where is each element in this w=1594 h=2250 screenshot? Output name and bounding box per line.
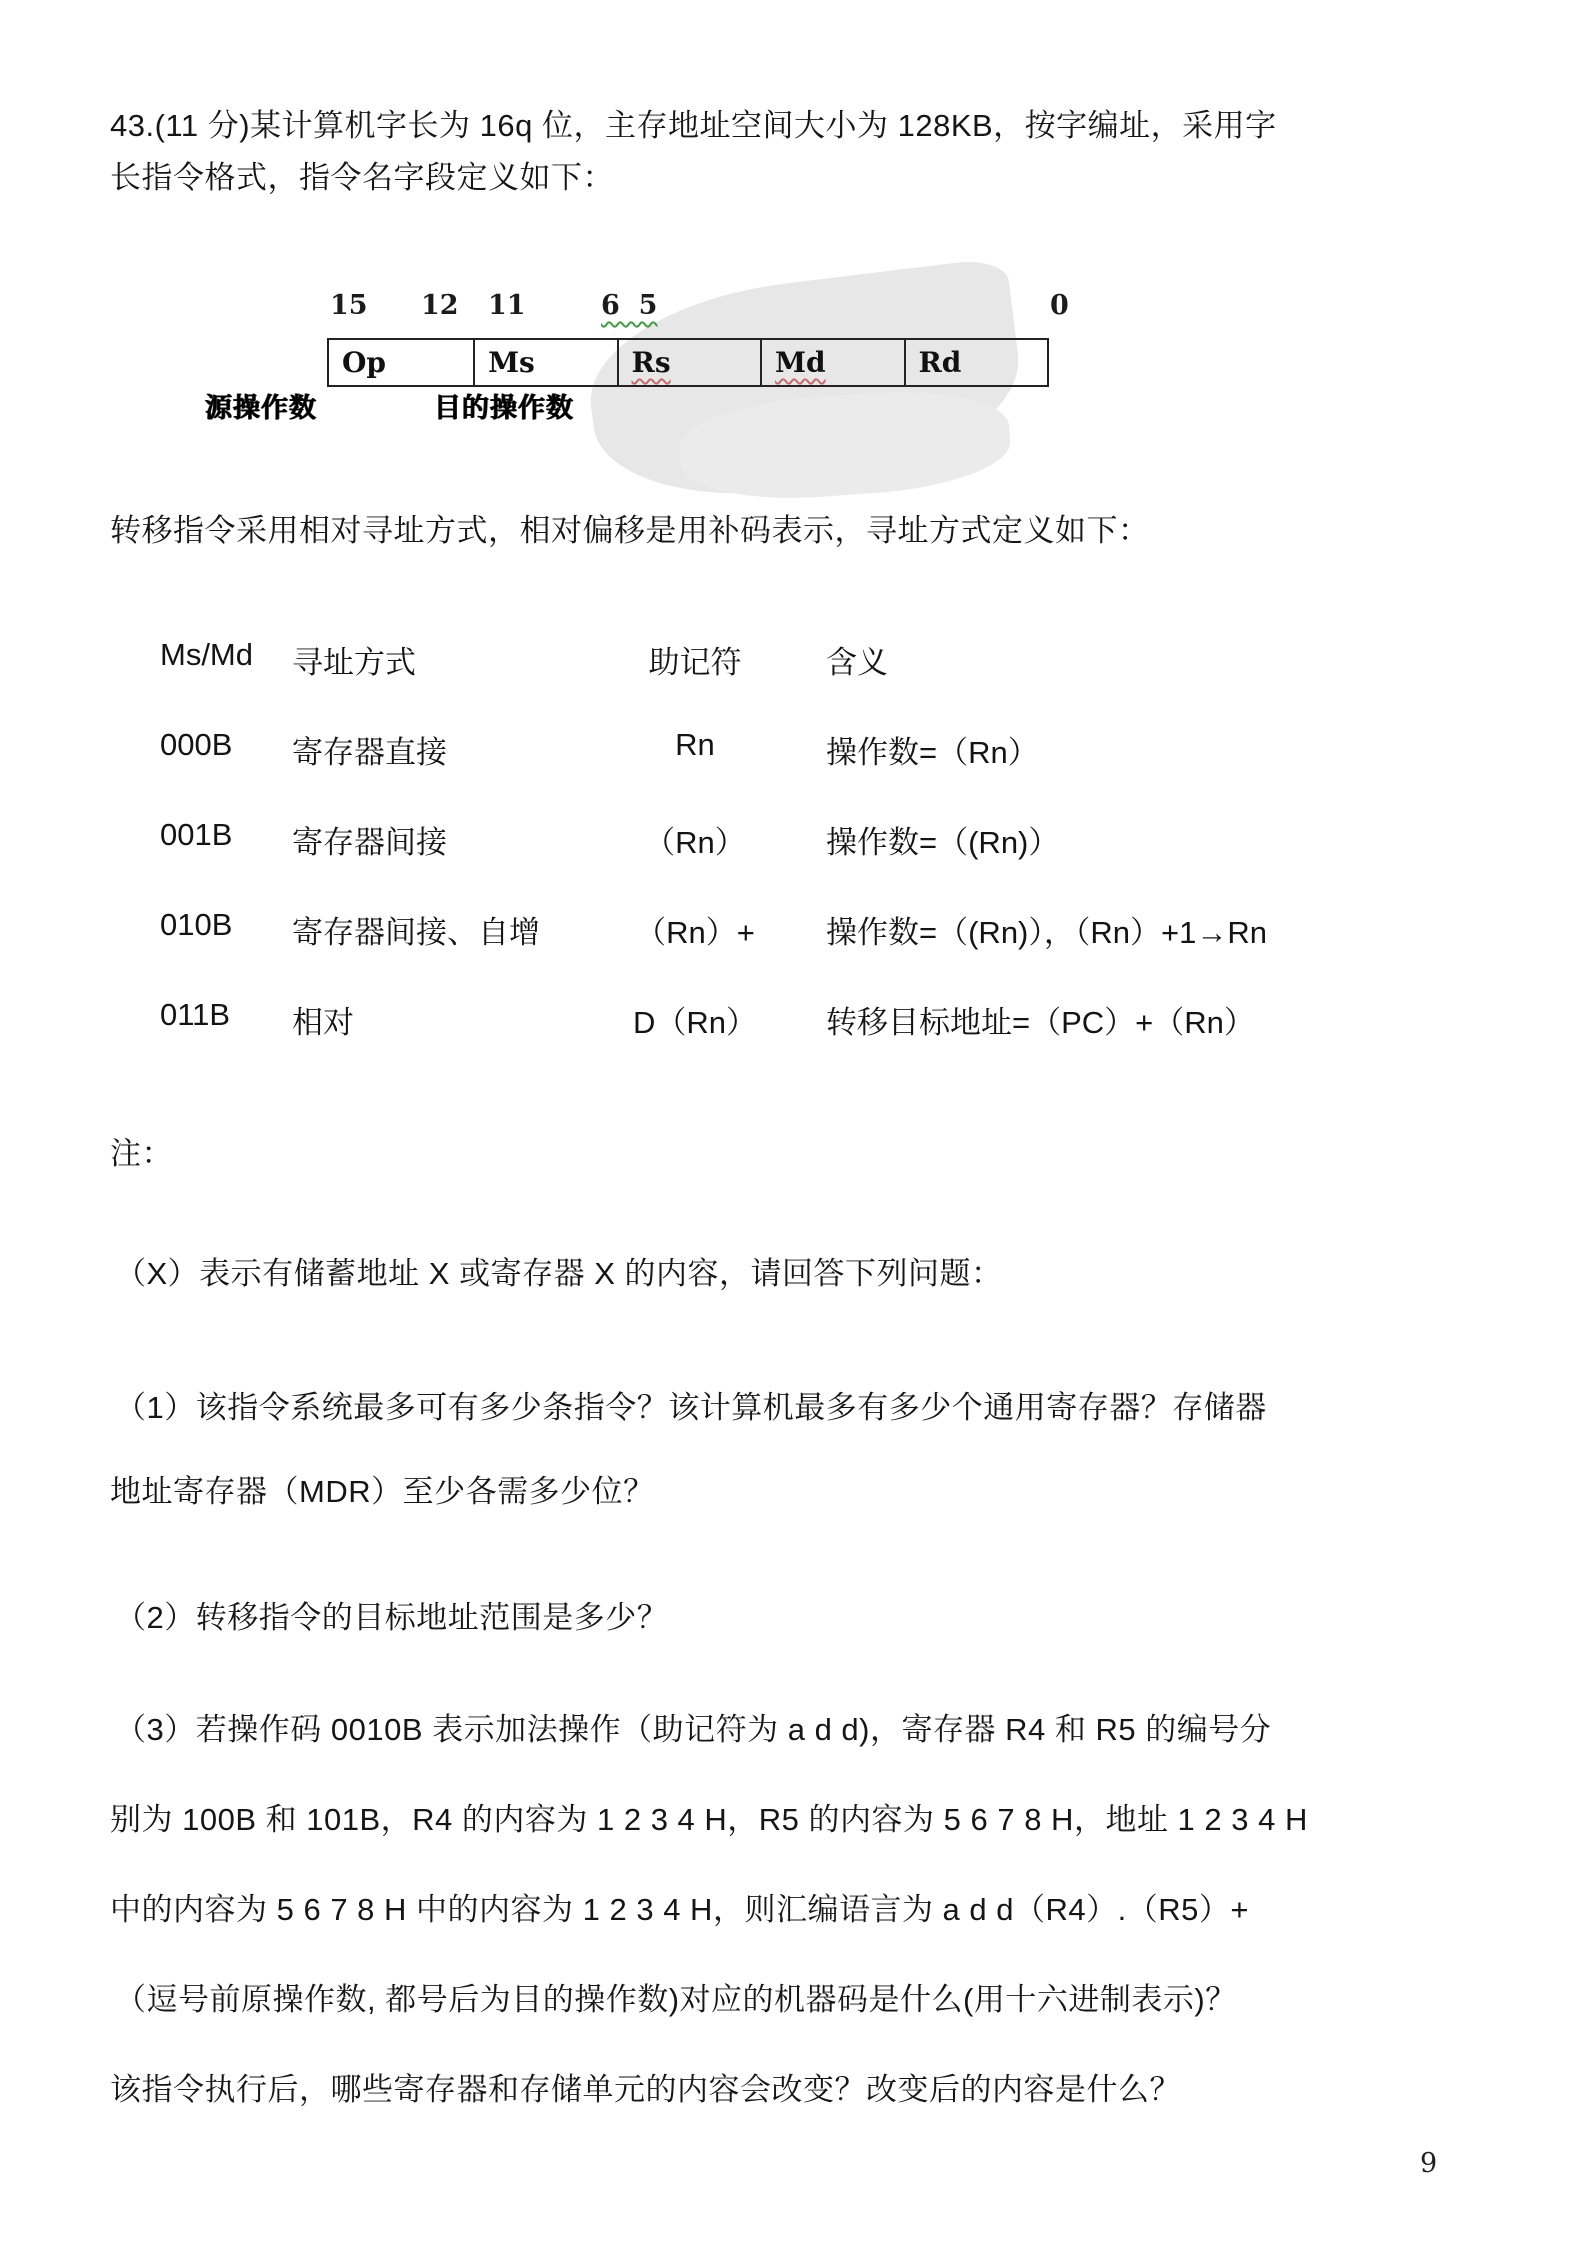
question-3-line2: 别为 100B 和 101B，R4 的内容为 1 2 3 4 H，R5 的内容为… xyxy=(110,1794,1308,1839)
note-body: （X）表示有储蓄地址 X 或寄存器 X 的内容，请回答下列问题： xyxy=(115,1248,1002,1293)
question-3-line1: （3）若操作码 0010B 表示加法操作（助记符为 a d d)，寄存器 R4 … xyxy=(115,1704,1271,1749)
source-operand-label: 源操作数 xyxy=(205,386,317,425)
field-rd-label: Rd xyxy=(919,346,962,379)
header-mnemonic: 助记符 xyxy=(600,637,790,682)
question-3-line4: （逗号前原操作数, 都号后为目的操作数)对应的机器码是什么(用十六进制表示)？ xyxy=(115,1974,1237,2019)
row2-mode: 寄存器间接 xyxy=(292,817,447,862)
field-md-label: Md xyxy=(775,346,826,379)
row1-mode: 寄存器直接 xyxy=(292,727,447,772)
row1-meaning: 操作数=（Rn） xyxy=(826,727,1039,772)
dest-operand-label: 目的操作数 xyxy=(434,386,574,425)
page-number: 9 xyxy=(1420,2148,1437,2179)
row3-mode: 寄存器间接、自增 xyxy=(292,907,540,952)
exam-page: 43.(11 分)某计算机字长为 16q 位，主存地址空间大小为 128KB，按… xyxy=(0,0,1594,2250)
field-md: Md xyxy=(760,340,903,385)
question-intro-line2: 长指令格式，指令名字段定义如下： xyxy=(110,152,614,197)
row2-mnemonic: （Rn） xyxy=(600,817,790,862)
question-1-line1: （1）该指令系统最多可有多少条指令？该计算机最多有多少个通用寄存器？存储器 xyxy=(115,1382,1267,1427)
question-intro-line1: 43.(11 分)某计算机字长为 16q 位，主存地址空间大小为 128KB，按… xyxy=(110,100,1277,145)
field-rs: Rs xyxy=(617,340,760,385)
question-3-line3: 中的内容为 5 6 7 8 H 中的内容为 1 2 3 4 H，则汇编语言为 a… xyxy=(110,1884,1249,1929)
row4-mnemonic: D（Rn） xyxy=(600,997,790,1042)
field-ms-label: Ms xyxy=(488,346,535,379)
header-ms-md: Ms/Md xyxy=(160,637,253,673)
question-2: （2）转移指令的目标地址范围是多少？ xyxy=(115,1592,668,1637)
row1-mnemonic: Rn xyxy=(600,727,790,763)
row4-code: 011B xyxy=(160,997,230,1033)
header-mode: 寻址方式 xyxy=(292,637,416,682)
question-3-line5: 该指令执行后，哪些寄存器和存储单元的内容会改变？改变后的内容是什么？ xyxy=(110,2064,1181,2109)
row2-meaning: 操作数=（(Rn)） xyxy=(826,817,1059,862)
field-op-label: Op xyxy=(342,346,386,379)
row3-mnemonic: （Rn）+ xyxy=(600,907,790,952)
bit-label-15: 15 xyxy=(330,290,368,321)
instruction-format-table: Op Ms Rs Md Rd xyxy=(327,338,1049,387)
field-rs-label: Rs xyxy=(632,346,671,379)
bit-label-11: 11 xyxy=(488,290,526,321)
bit-label-12: 12 xyxy=(421,290,459,321)
row1-code: 000B xyxy=(160,727,232,763)
row4-meaning: 转移目标地址=（PC）+（Rn） xyxy=(826,997,1255,1042)
row4-mode: 相对 xyxy=(292,997,354,1042)
row3-meaning: 操作数=（(Rn)），（Rn）+1→Rn xyxy=(826,907,1267,952)
field-op: Op xyxy=(329,340,473,385)
branch-note: 转移指令采用相对寻址方式，相对偏移是用补码表示，寻址方式定义如下： xyxy=(110,505,1150,550)
bit-label-6-5: 6 5 xyxy=(601,290,657,321)
row3-code: 010B xyxy=(160,907,232,943)
row2-code: 001B xyxy=(160,817,232,853)
question-1-line2: 地址寄存器（MDR）至少各需多少位？ xyxy=(110,1466,655,1511)
field-ms: Ms xyxy=(473,340,616,385)
bit-label-0: 0 xyxy=(1050,290,1069,321)
header-meaning: 含义 xyxy=(826,637,888,682)
note-label: 注： xyxy=(110,1128,173,1173)
field-rd: Rd xyxy=(904,340,1047,385)
